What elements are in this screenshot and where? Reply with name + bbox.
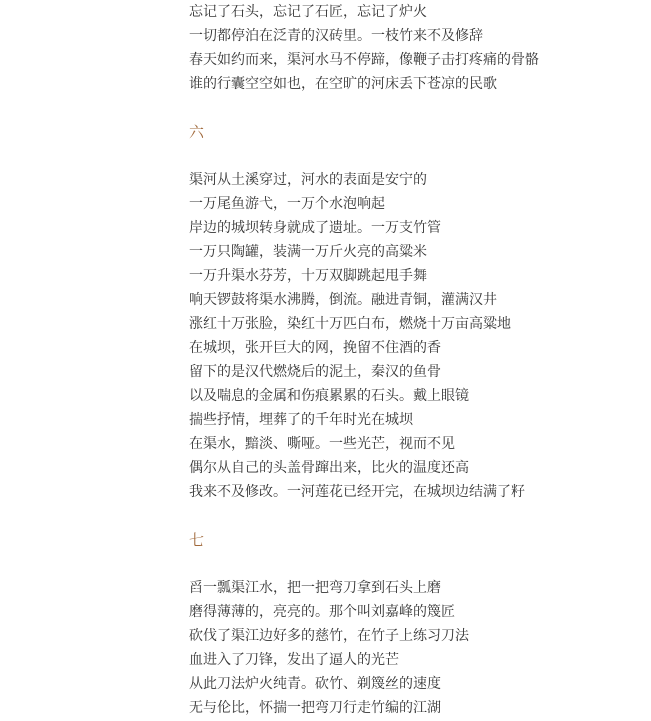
poem-line: 岸边的城坝转身就成了遗址。一万支竹管 <box>189 216 629 240</box>
poem-line: 揣些抒情，埋葬了的千年时光在城坝 <box>189 408 629 432</box>
poem-line: 留下的是汉代燃烧后的泥土，秦汉的鱼骨 <box>189 360 629 384</box>
poem-line: 在城坝，张开巨大的网，挽留不住酒的香 <box>189 336 629 360</box>
poem-line: 一切都停泊在泛青的汉砖里。一枝竹来不及修辞 <box>189 24 629 48</box>
poem-line: 血进入了刀锋，发出了逼人的光芒 <box>189 648 629 672</box>
poem-line: 一万只陶罐，装满一万斤火亮的高粱米 <box>189 240 629 264</box>
section-6-stanza: 渠河从土溪穿过，河水的表面是安宁的 一万尾鱼游弋，一万个水泡响起 岸边的城坝转身… <box>189 168 629 504</box>
poem-line: 无与伦比，怀揣一把弯刀行走竹编的江湖 <box>189 696 629 720</box>
poem-line: 响天锣鼓将渠水沸腾，倒流。融进青铜，灌满汉井 <box>189 288 629 312</box>
poem-line: 从此刀法炉火纯青。砍竹、剃篾丝的速度 <box>189 672 629 696</box>
article-body: 忘记了石头，忘记了石匠，忘记了炉火 一切都停泊在泛青的汉砖里。一枝竹来不及修辞 … <box>189 0 629 720</box>
poem-line: 谁的行囊空空如也，在空旷的河床丢下苍凉的民歌 <box>189 72 629 96</box>
poem-line: 偶尔从自己的头盖骨蹿出来，比火的温度还高 <box>189 456 629 480</box>
section-7-stanza: 舀一瓢渠江水，把一把弯刀拿到石头上磨 磨得薄薄的，亮亮的。那个叫刘嘉峰的篾匠 砍… <box>189 576 629 720</box>
poem-line: 一万升渠水芬芳，十万双脚跳起甩手舞 <box>189 264 629 288</box>
poem-line: 砍伐了渠江边好多的慈竹，在竹子上练习刀法 <box>189 624 629 648</box>
poem-line: 一万尾鱼游弋，一万个水泡响起 <box>189 192 629 216</box>
poem-line: 在渠水，黯淡、嘶哑。一些光芒，视而不见 <box>189 432 629 456</box>
poem-line: 磨得薄薄的，亮亮的。那个叫刘嘉峰的篾匠 <box>189 600 629 624</box>
poem-line: 舀一瓢渠江水，把一把弯刀拿到石头上磨 <box>189 576 629 600</box>
section-heading-6: 六 <box>189 120 629 144</box>
poem-line: 忘记了石头，忘记了石匠，忘记了炉火 <box>189 0 629 24</box>
section-heading-7: 七 <box>189 528 629 552</box>
poem-line: 涨红十万张脸，染红十万匹白布，燃烧十万亩高粱地 <box>189 312 629 336</box>
poem-line: 以及喘息的金属和伤痕累累的石头。戴上眼镜 <box>189 384 629 408</box>
poem-line: 我来不及修改。一河莲花已经开完，在城坝边结满了籽 <box>189 480 629 504</box>
poem-line: 渠河从土溪穿过，河水的表面是安宁的 <box>189 168 629 192</box>
poem-line: 春天如约而来，渠河水马不停蹄，像鞭子击打疼痛的骨骼 <box>189 48 629 72</box>
intro-stanza: 忘记了石头，忘记了石匠，忘记了炉火 一切都停泊在泛青的汉砖里。一枝竹来不及修辞 … <box>189 0 629 96</box>
